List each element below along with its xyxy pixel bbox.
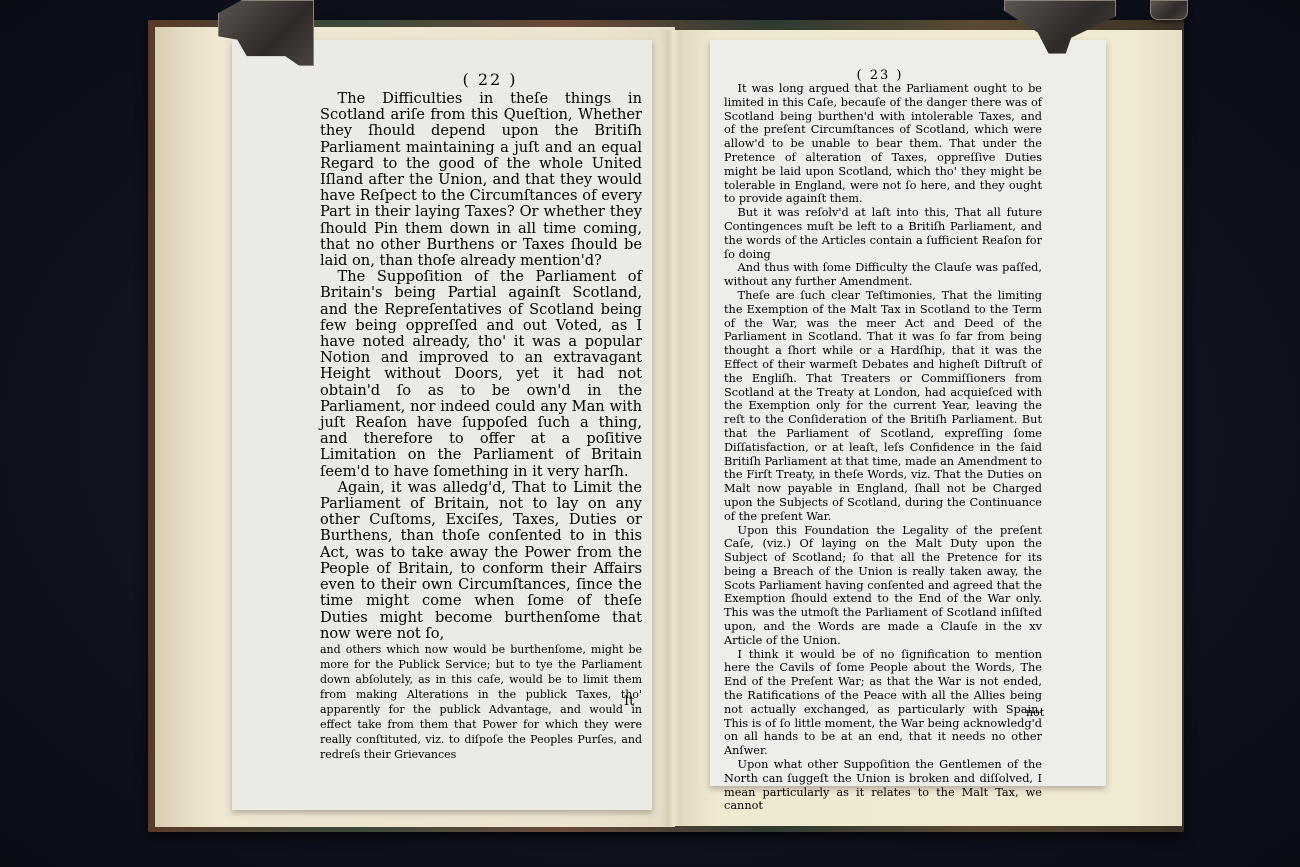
book-gutter	[660, 30, 682, 826]
right-catchword: not	[1026, 706, 1044, 719]
right-paragraph-5: Upon this Foundation the Legality of the…	[724, 524, 1042, 648]
left-page-number: ( 22 )	[440, 70, 540, 89]
left-paragraph-1: The Difficulties in theſe things in Scot…	[320, 91, 642, 269]
right-page-text: It was long argued that the Parliament o…	[724, 82, 1042, 813]
right-page-number: ( 23 )	[830, 68, 930, 83]
right-page-clip-secondary-icon	[1150, 0, 1188, 20]
right-paragraph-4: Theſe are ſuch clear Teſtimonies, That t…	[724, 289, 1042, 524]
left-paragraph-2: The Suppoſition of the Parliament of Bri…	[320, 269, 642, 480]
left-paragraph-3: Again, it was alledg'd, That to Limit th…	[320, 480, 642, 642]
right-paragraph-2: But it was reſolv'd at laſt into this, T…	[724, 206, 1042, 261]
left-page-text: The Difficulties in theſe things in Scot…	[320, 91, 642, 762]
right-paragraph-6: I think it would be of no ſignification …	[724, 648, 1042, 758]
right-paragraph-3: And thus with ſome Difficulty the Clauſe…	[724, 261, 1042, 289]
left-catchword: It	[624, 694, 634, 709]
right-paragraph-1: It was long argued that the Parliament o…	[724, 82, 1042, 206]
right-paragraph-7: Upon what other Suppoſition the Gentleme…	[724, 758, 1042, 813]
left-paragraph-4: and others which now would be burthenſom…	[320, 642, 642, 762]
